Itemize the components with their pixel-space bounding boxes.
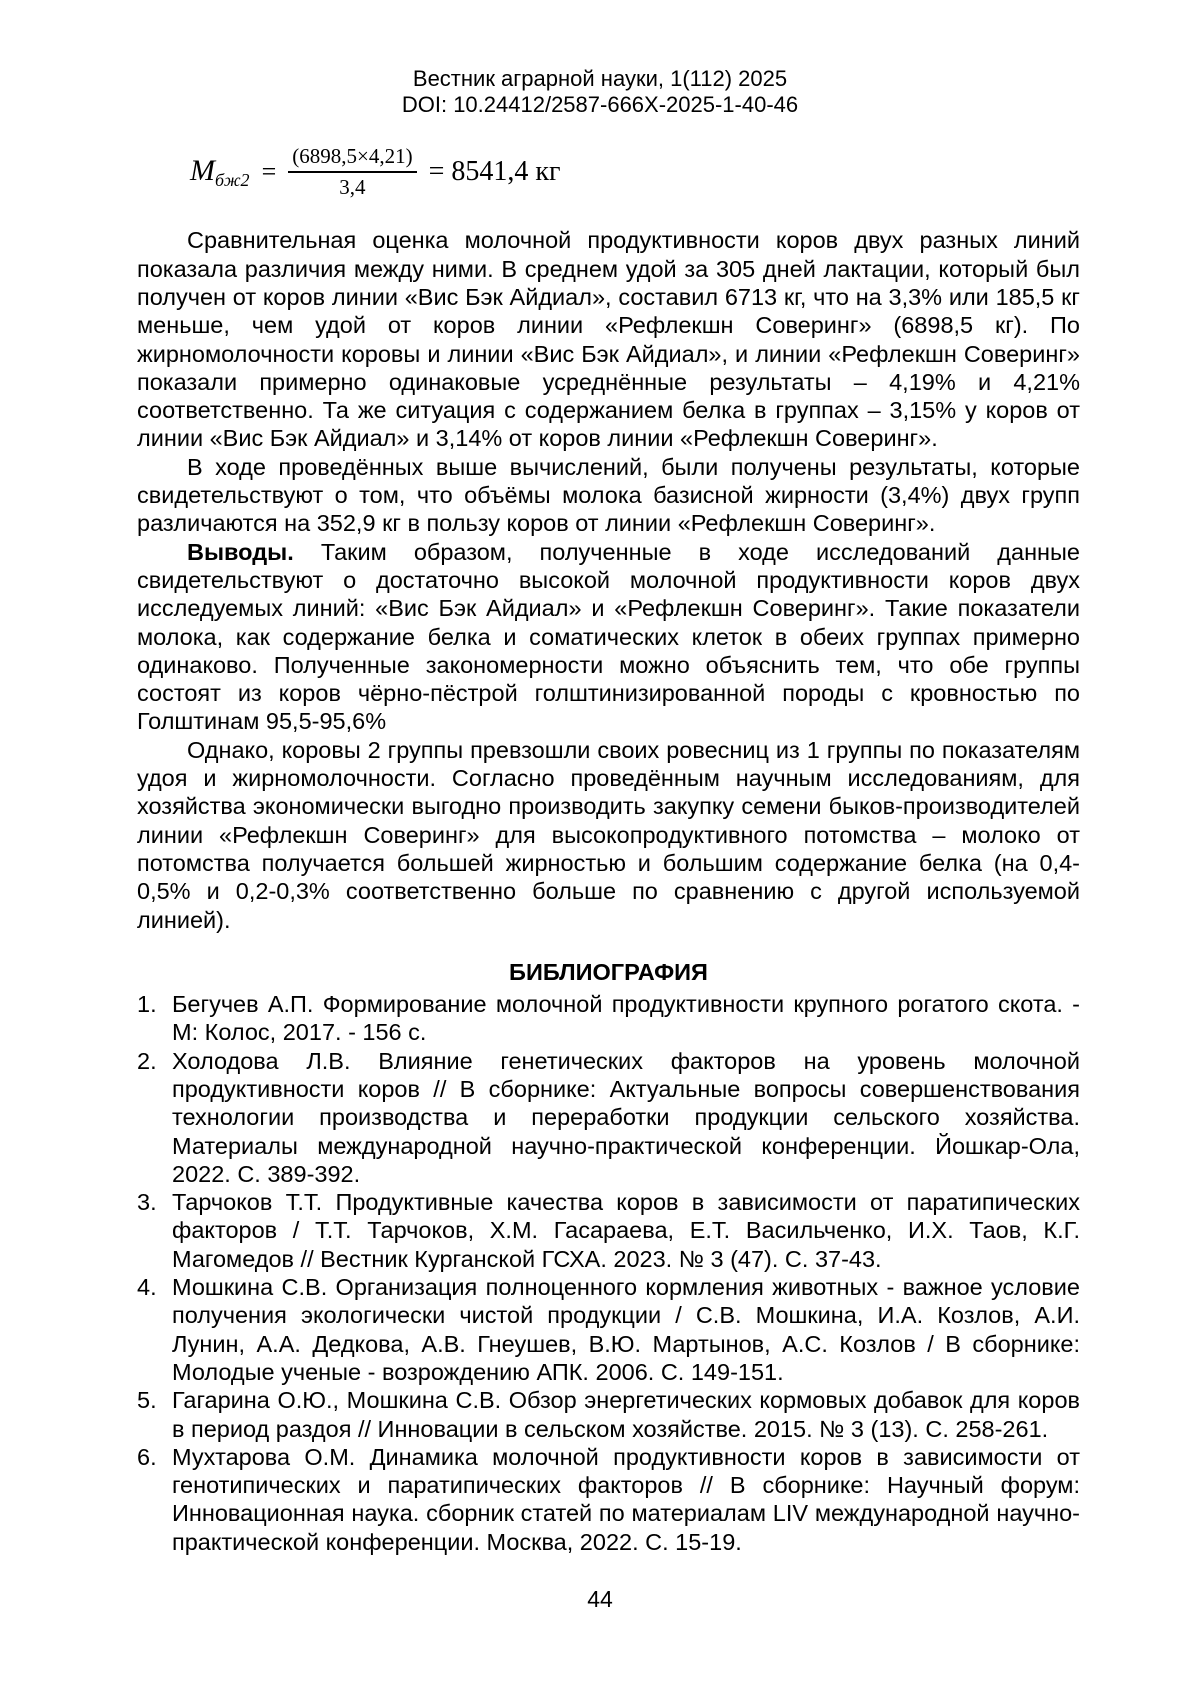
bibliography-item: 4. Мошкина С.В. Организация полноценного… <box>137 1273 1080 1386</box>
formula-result: = 8541,4 кг <box>429 158 561 186</box>
bibliography-item: 6. Мухтарова О.М. Динамика молочной прод… <box>137 1443 1080 1556</box>
paragraph-conclusions: Выводы. Таким образом, полученные в ходе… <box>137 538 1080 736</box>
bibliography-list: 1. Бегучев А.П. Формирование молочной пр… <box>137 990 1080 1556</box>
bibliography-item-number: 3. <box>137 1188 172 1273</box>
bibliography-item: 5. Гагарина О.Ю., Мошкина С.В. Обзор эне… <box>137 1386 1080 1443</box>
bibliography-item: 1. Бегучев А.П. Формирование молочной пр… <box>137 990 1080 1047</box>
paragraph-calculation-results: В ходе проведённых выше вычислений, были… <box>137 453 1080 538</box>
paragraph-comparative-assessment: Сравнительная оценка молочной продуктивн… <box>137 226 1080 452</box>
conclusions-label: Выводы. <box>187 539 294 565</box>
bibliography-item: 3. Тарчоков Т.Т. Продуктивные качества к… <box>137 1188 1080 1273</box>
journal-title: Вестник аграрной науки, 1(112) 2025 <box>0 66 1200 92</box>
bibliography-item-text: Мошкина С.В. Организация полноценного ко… <box>172 1273 1080 1386</box>
formula-fraction: (6898,5×4,21) 3,4 <box>288 144 416 200</box>
bibliography-item-text: Бегучев А.П. Формирование молочной проду… <box>172 990 1080 1047</box>
bibliography-item-text: Гагарина О.Ю., Мошкина С.В. Обзор энерге… <box>172 1386 1080 1443</box>
bibliography-item-number: 4. <box>137 1273 172 1386</box>
bibliography-item-text: Холодова Л.В. Влияние генетических факто… <box>172 1047 1080 1188</box>
fraction-numerator: (6898,5×4,21) <box>288 144 416 173</box>
formula-equals-sign: = <box>262 159 277 185</box>
bibliography-item-number: 2. <box>137 1047 172 1188</box>
fraction-denominator: 3,4 <box>339 173 365 200</box>
page-number: 44 <box>0 1585 1200 1613</box>
paragraph-group-comparison: Однако, коровы 2 группы превзошли своих … <box>137 736 1080 934</box>
bibliography-item-number: 6. <box>137 1443 172 1556</box>
bibliography-item-number: 1. <box>137 990 172 1047</box>
article-body: Mбж2 = (6898,5×4,21) 3,4 = 8541,4 кг Сра… <box>137 120 1080 1556</box>
bibliography-item: 2. Холодова Л.В. Влияние генетических фа… <box>137 1047 1080 1188</box>
formula-variable: Mбж2 <box>190 156 250 189</box>
bibliography-item-number: 5. <box>137 1386 172 1443</box>
conclusions-text: Таким образом, полученные в ходе исследо… <box>137 539 1080 735</box>
document-page: Вестник аграрной науки, 1(112) 2025 DOI:… <box>0 0 1200 1697</box>
doi-line: DOI: 10.24412/2587-666X-2025-1-40-46 <box>0 92 1200 118</box>
bibliography-title: БИБЛИОГРАФИЯ <box>137 958 1080 986</box>
formula-milk-base-fat: Mбж2 = (6898,5×4,21) 3,4 = 8541,4 кг <box>190 144 1080 200</box>
formula-variable-subscript: бж2 <box>215 170 250 190</box>
bibliography-item-text: Тарчоков Т.Т. Продуктивные качества коро… <box>172 1188 1080 1273</box>
formula-variable-base: M <box>190 154 215 187</box>
page-header: Вестник аграрной науки, 1(112) 2025 DOI:… <box>0 0 1200 118</box>
bibliography-item-text: Мухтарова О.М. Динамика молочной продукт… <box>172 1443 1080 1556</box>
